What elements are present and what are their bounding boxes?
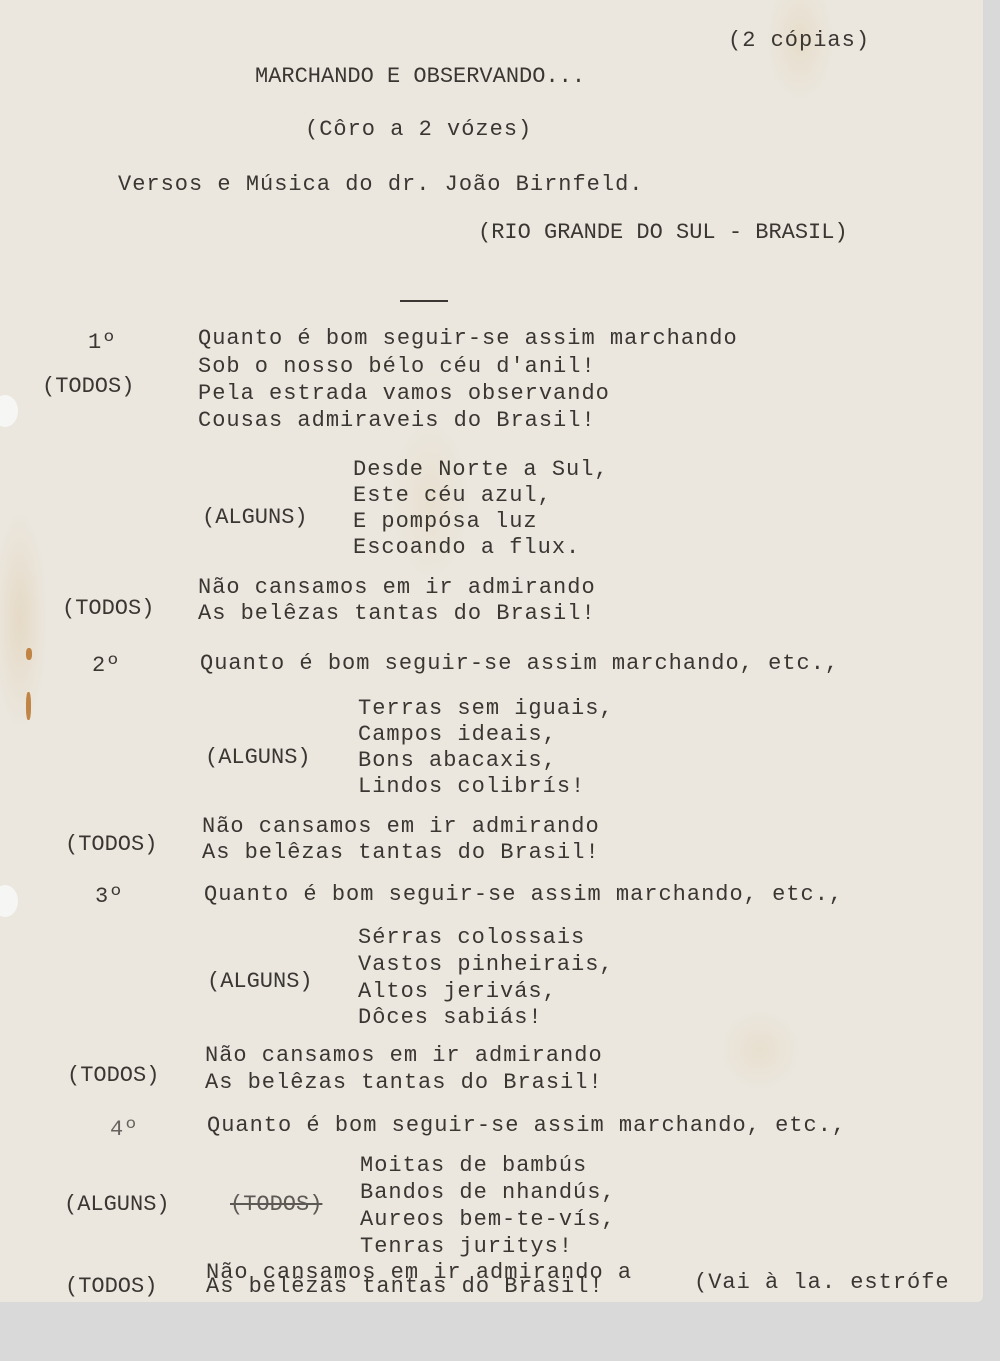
group-label-alguns: (ALGUNS)	[205, 745, 311, 771]
group-label-todos: (TODOS)	[65, 1274, 157, 1300]
verse-line: Lindos colibrís!	[358, 774, 585, 800]
stanza-number: 3º	[95, 884, 123, 910]
verse-line: Sob o nosso bélo céu d'anil!	[198, 354, 596, 380]
refrain-line: Não cansamos em ir admirando	[198, 575, 596, 601]
group-label-todos: (TODOS)	[62, 596, 154, 622]
verse-line: Quanto é bom seguir-se assim marchando, …	[200, 651, 839, 677]
verse-line: Sérras colossais	[358, 925, 585, 951]
verse-line: Desde Norte a Sul,	[353, 457, 609, 483]
verse-line: Cousas admiraveis do Brasil!	[198, 408, 596, 434]
verse-line: Bandos de nhandús,	[360, 1180, 616, 1206]
verse-line: Este céu azul,	[353, 483, 552, 509]
refrain-line: As belêzas tantas do Brasil!	[206, 1274, 604, 1300]
verse-line: Moitas de bambús	[360, 1153, 587, 1179]
refrain-line: Não cansamos em ir admirando	[205, 1043, 603, 1069]
group-label-todos: (TODOS)	[67, 1063, 159, 1089]
origin: (RIO GRANDE DO SUL - BRASIL)	[478, 220, 848, 246]
verse-line: Bons abacaxis,	[358, 748, 557, 774]
struck-group-label: (TODOS)	[230, 1192, 322, 1218]
verse-line: Escoando a flux.	[353, 535, 580, 561]
verse-line: Quanto é bom seguir-se assim marchando, …	[204, 882, 843, 908]
divider-line	[400, 300, 448, 302]
verse-line: Quanto é bom seguir-se assim marchando, …	[207, 1113, 846, 1139]
verse-line: Tenras juritys!	[360, 1234, 573, 1260]
punch-hole	[0, 395, 18, 427]
verse-line: Campos ideais,	[358, 722, 557, 748]
verse-line: Vastos pinheirais,	[358, 952, 614, 978]
verse-line: Terras sem iguais,	[358, 696, 614, 722]
credits: Versos e Música do dr. João Birnfeld.	[118, 172, 643, 198]
copies-note: (2 cópias)	[728, 28, 870, 54]
stanza-number: 1º	[88, 330, 116, 356]
verse-line: E pompósa luz	[353, 509, 538, 535]
rust-stain	[26, 648, 32, 660]
group-label-alguns: (ALGUNS)	[202, 505, 308, 531]
group-label-alguns: (ALGUNS)	[207, 969, 313, 995]
group-label-todos: (TODOS)	[42, 374, 134, 400]
song-title: MARCHANDO E OBSERVANDO...	[255, 64, 585, 90]
verse-line: Altos jerivás,	[358, 979, 557, 1005]
refrain-line: As belêzas tantas do Brasil!	[202, 840, 600, 866]
song-subtitle: (Côro a 2 vózes)	[305, 117, 532, 143]
group-label-todos: (TODOS)	[65, 832, 157, 858]
verse-line: Dôces sabiás!	[358, 1005, 543, 1031]
stanza-number: 4º	[110, 1117, 138, 1143]
closing-note: (Vai à la. estrófe	[694, 1270, 950, 1296]
refrain-line: Não cansamos em ir admirando	[202, 814, 600, 840]
refrain-line: As belêzas tantas do Brasil!	[198, 601, 596, 627]
stanza-number: 2º	[92, 653, 120, 679]
verse-line: Pela estrada vamos observando	[198, 381, 610, 407]
typewritten-page: (2 cópias) MARCHANDO E OBSERVANDO... (Cô…	[0, 0, 983, 1302]
refrain-line: As belêzas tantas do Brasil!	[205, 1070, 603, 1096]
punch-hole	[0, 885, 18, 917]
group-label-alguns: (ALGUNS)	[64, 1192, 170, 1218]
verse-line: Quanto é bom seguir-se assim marchando	[198, 326, 738, 352]
verse-line: Aureos bem-te-vís,	[360, 1207, 616, 1233]
rust-stain	[26, 692, 31, 720]
